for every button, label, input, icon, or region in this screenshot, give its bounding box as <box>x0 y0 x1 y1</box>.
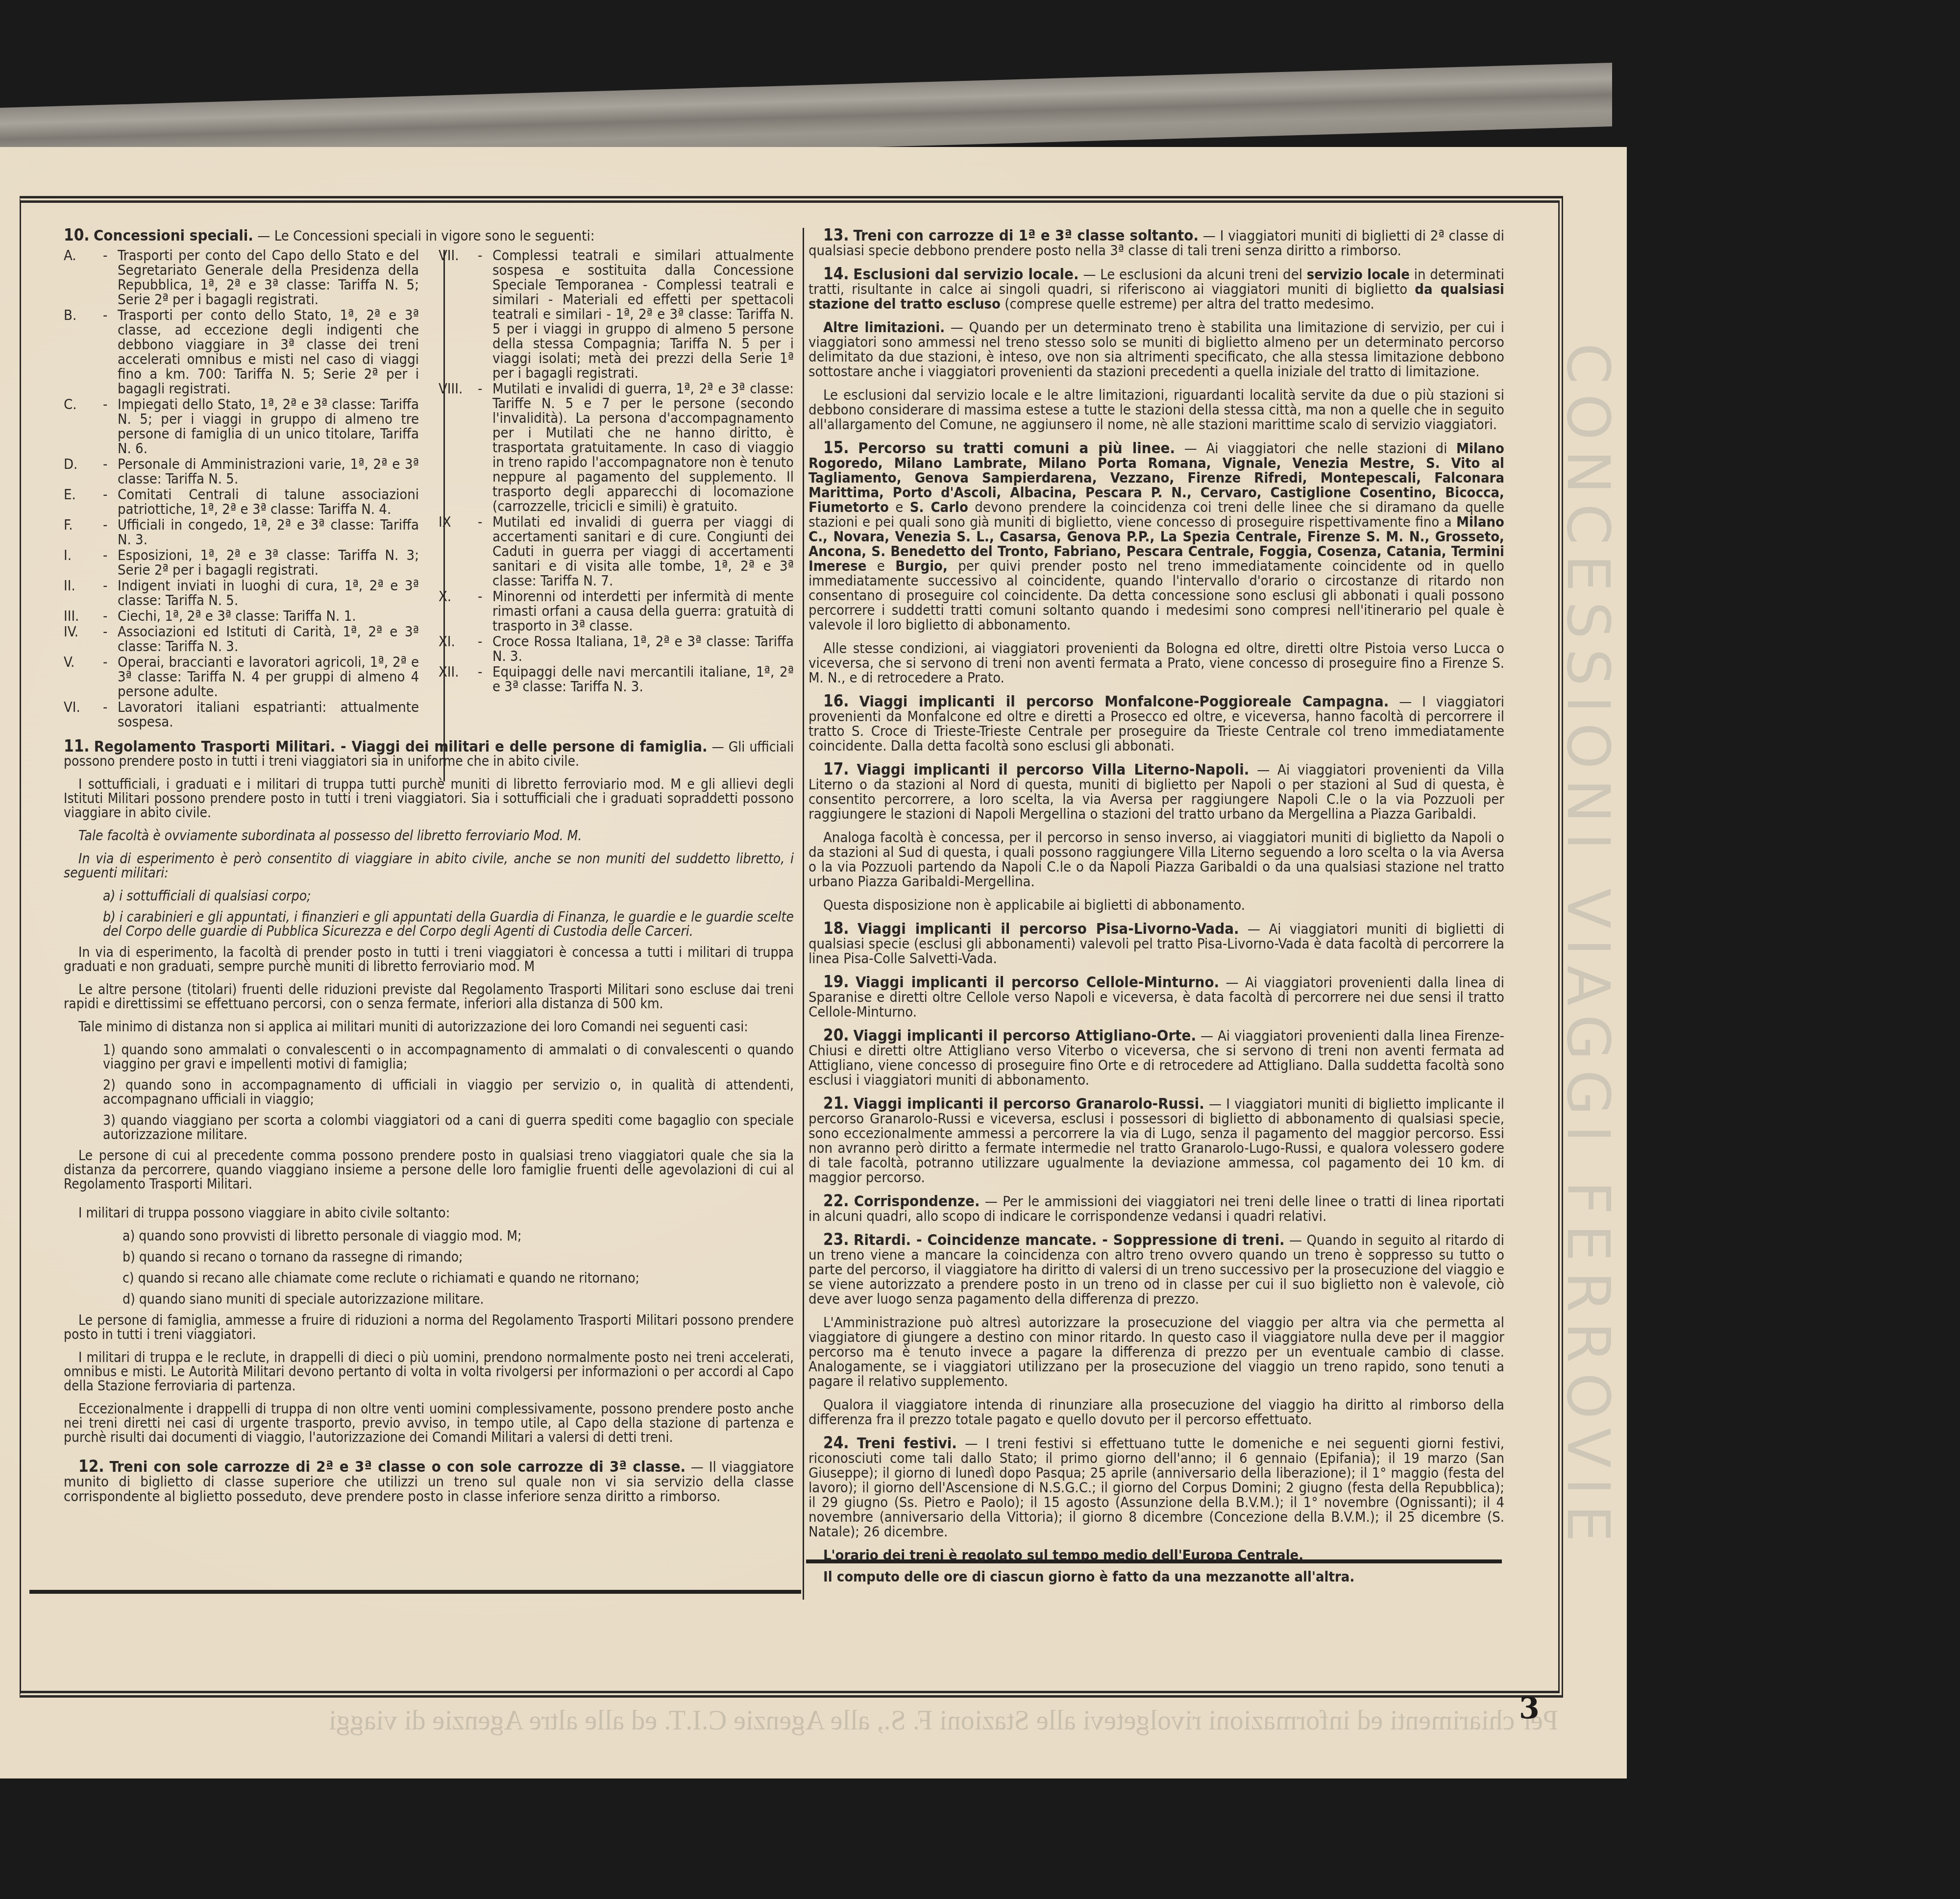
concession-item: XI.-Croce Rossa Italiana, 1ª, 2ª e 3ª cl… <box>439 634 794 663</box>
concession-item: F.-Ufficiali in congedo, 1ª, 2ª e 3ª cla… <box>64 517 419 547</box>
concession-item: VII.-Complessi teatrali e similari attua… <box>439 248 794 380</box>
concession-item: VI.-Lavoratori italiani espatrianti: att… <box>64 700 419 729</box>
text-run: — Ai viaggiatori che nelle stazioni di <box>1184 440 1456 457</box>
concession-item: B.-Trasporti per conto dello Stato, 1ª, … <box>64 308 419 396</box>
section-20: 20. Viaggi implicanti il percorso Attigl… <box>808 1028 1504 1087</box>
concession-item: VIII.-Mutilati e invalidi di guerra, 1ª,… <box>439 381 794 513</box>
list-item: a) i sottufficiali di qualsiasi corpo; <box>64 889 794 903</box>
text-run-bold: servizio locale <box>1307 266 1410 283</box>
list-item: 1) quando sono ammalati o convalescenti … <box>64 1043 794 1071</box>
concession-item: C.-Impiegati dello Stato, 1ª, 2ª e 3ª cl… <box>64 397 419 456</box>
text-run: (comprese quelle estreme) per altra del … <box>1001 295 1374 312</box>
section-22: 22. Corrispondenze. — Per le ammissioni … <box>808 1193 1504 1223</box>
column-divider <box>803 228 804 1600</box>
list-item: a) quando sono provvisti di libretto per… <box>64 1229 794 1243</box>
paragraph: Eccezionalmente i drappelli di truppa di… <box>64 1402 794 1444</box>
concession-item: V.-Operai, braccianti e lavoratori agric… <box>64 655 419 699</box>
section-17: 17. Viaggi implicanti il percorso Villa … <box>808 762 1504 912</box>
paragraph: Tale facoltà è ovviamente subordinata al… <box>64 828 794 843</box>
section-number: 10. <box>64 225 90 244</box>
paragraph: Le persone di famiglia, ammesse a fruire… <box>64 1313 794 1341</box>
list-item: 2) quando sono in accompagnamento di uff… <box>64 1078 794 1106</box>
paragraph: I militari di truppa e le reclute, in dr… <box>64 1350 794 1393</box>
list-item: 3) quando viaggiano per scorta a colombi… <box>64 1113 794 1142</box>
concession-item: II.-Indigent inviati in luoghi di cura, … <box>64 578 419 608</box>
paragraph: In via di esperimento è però consentito … <box>64 852 794 880</box>
concession-item: A.-Trasporti per conto del Capo dello St… <box>64 248 419 307</box>
page-number: 3 <box>1519 1691 1540 1726</box>
section-13: 13. Treni con carrozze di 1ª e 3ª classe… <box>808 228 1504 258</box>
concession-item: IX-Mutilati ed invalidi di guerra per vi… <box>439 514 794 588</box>
left-column: 10. Concessioni speciali. — Le Concessio… <box>64 228 794 1512</box>
section-intro: — Le Concessioni speciali in vigore sono… <box>257 227 594 244</box>
left-column-end-rule <box>29 1590 801 1594</box>
list-item: b) i carabinieri e gli appuntati, i fina… <box>64 910 794 938</box>
section-11-trasporti-militari: 11. Regolamento Trasporti Militari. - Vi… <box>64 739 794 1444</box>
subsection-title: Altre limitazioni. <box>823 319 945 336</box>
text-run: e <box>889 499 910 515</box>
concession-item: IV.-Associazioni ed Istituti di Carità, … <box>64 624 419 654</box>
text-run: — Le esclusioni da alcuni treni del <box>1083 266 1306 283</box>
section-23: 23. Ritardi. - Coincidenze mancate. - So… <box>808 1232 1504 1427</box>
list-item: b) quando si recano o tornano da rassegn… <box>64 1250 794 1264</box>
day-computation-note: Il computo delle ore di ciascun giorno è… <box>808 1569 1504 1584</box>
paragraph: I sottufficiali, i graduati e i militari… <box>64 777 794 820</box>
paragraph: Alle stesse condizioni, ai viaggiatori p… <box>808 641 1504 685</box>
concession-item: D.-Personale di Amministrazioni varie, 1… <box>64 457 419 486</box>
section-title: Concessioni speciali. <box>94 227 253 244</box>
text-run: e <box>866 558 895 574</box>
show-through-side-text: CONCESSIONI VIAGGI FERROVIE <box>1578 343 1622 1617</box>
section-18: 18. Viaggi implicanti il percorso Pisa-L… <box>808 921 1504 966</box>
paragraph: L'Amministrazione può altresì autorizzar… <box>808 1315 1504 1388</box>
section-15: 15. Percorso su tratti comuni a più line… <box>808 440 1504 685</box>
right-column: 13. Treni con carrozze di 1ª e 3ª classe… <box>808 228 1504 1591</box>
concession-item: I.-Esposizioni, 1ª, 2ª e 3ª classe: Tari… <box>64 548 419 577</box>
section-19: 19. Viaggi implicanti il percorso Cellol… <box>808 974 1504 1019</box>
concession-item: XII.-Equipaggi delle navi mercantili ita… <box>439 664 794 694</box>
section-10-concessioni-speciali: 10. Concessioni speciali. — Le Concessio… <box>64 228 794 730</box>
section-12-treni-sole-carrozze: 12. Treni con sole carrozze di 2ª e 3ª c… <box>64 1459 794 1504</box>
section-body: — I treni festivi si effettuano tutte le… <box>808 1435 1504 1540</box>
paragraph: Le esclusioni dal servizio locale e le a… <box>808 388 1504 432</box>
section-16: 16. Viaggi implicanti il percorso Monfal… <box>808 694 1504 753</box>
concession-item: III.-Ciechi, 1ª, 2ª e 3ª classe: Tariffa… <box>64 609 419 623</box>
concessions-left-list: A.-Trasporti per conto del Capo dello St… <box>64 248 419 730</box>
paragraph: Questa disposizione non è applicabile ai… <box>808 898 1504 912</box>
section-21: 21. Viaggi implicanti il percorso Granar… <box>808 1096 1504 1185</box>
section-14: 14. Esclusioni dal servizio locale. — Le… <box>808 267 1504 432</box>
station-name: Burgio, <box>895 558 948 574</box>
concession-item: X.-Minorenni od interdetti per infermità… <box>439 589 794 633</box>
show-through-footer-text: Per chiarimenti ed informazioni rivolget… <box>29 1705 1558 1764</box>
paragraph: In via di esperimento, la facoltà di pre… <box>64 945 794 974</box>
paragraph: Tale minimo di distanza non si applica a… <box>64 1020 794 1034</box>
paragraph: Le altre persone (titolari) fruenti dell… <box>64 982 794 1011</box>
station-name: S. Carlo <box>910 499 968 515</box>
timezone-note: L'orario dei treni è regolato sul tempo … <box>808 1548 1504 1562</box>
list-item: c) quando si recano alle chiamate come r… <box>64 1271 794 1285</box>
paragraph: Qualora il viaggiatore intenda di rinunz… <box>808 1397 1504 1427</box>
paragraph: Le persone di cui al precedente comma po… <box>64 1148 794 1191</box>
concessions-table: A.-Trasporti per conto del Capo dello St… <box>64 248 794 730</box>
paragraph: Analoga facoltà è concessa, per il perco… <box>808 830 1504 889</box>
list-item: d) quando siano muniti di speciale autor… <box>64 1292 794 1306</box>
section-24: 24. Treni festivi. — I treni festivi si … <box>808 1436 1504 1584</box>
concessions-right-list: VII.-Complessi teatrali e similari attua… <box>439 248 794 730</box>
paragraph: I militari di truppa possono viaggiare i… <box>64 1206 794 1220</box>
concession-item: E.-Comitati Centrali di talune associazi… <box>64 487 419 516</box>
